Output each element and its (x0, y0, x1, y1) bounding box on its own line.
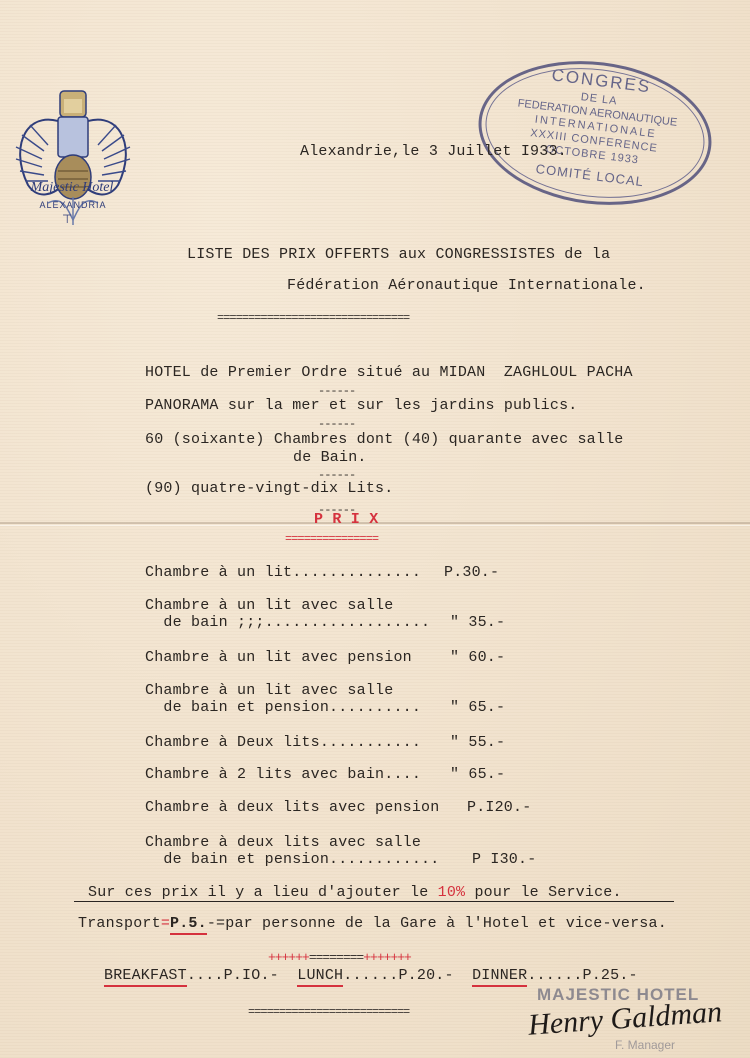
title-line-1: LISTE DES PRIX OFFERTS aux CONGRESSISTES… (187, 246, 610, 263)
title-separator: =============================== (217, 311, 409, 325)
description-separator: ------ (318, 384, 355, 398)
price-item-value: P I30.- (472, 851, 536, 868)
congress-stamp: CONGRES DE LA FEDERATION AERONAUTIQUE IN… (470, 48, 720, 217)
price-item-value: " 65.- (450, 766, 505, 783)
meals-line: BREAKFAST....P.IO.- LUNCH......P.20.- DI… (104, 967, 638, 984)
price-item-label: Chambre à un lit avec salle (145, 682, 393, 699)
price-item-value: " 55.- (450, 734, 505, 751)
service-note: Sur ces prix il y a lieu d'ajouter le 10… (74, 884, 674, 902)
description-line-cont: de Bain. (293, 449, 367, 466)
prices-heading: P R I X (314, 511, 378, 528)
hotel-city-logo: ALEXANDRIA (8, 200, 138, 210)
stamp-line: COMITÉ LOCAL (476, 154, 704, 197)
price-item-label-cont: de bain et pension............ (145, 851, 439, 868)
hotel-name-logo: Majestic Hotel (2, 180, 142, 196)
price-item-label: Chambre à un lit avec pension (145, 649, 412, 666)
transport-line: Transport=P.5.-=par personne de la Gare … (78, 915, 667, 932)
price-item-value: P.I20.- (467, 799, 531, 816)
price-item-value: " 60.- (450, 649, 505, 666)
description-line: HOTEL de Premier Ordre situé au MIDAN ZA… (145, 364, 633, 381)
breakfast-price: ....P.IO.- (187, 967, 279, 984)
bottom-separator: ========================== (248, 1005, 409, 1019)
price-item-value: P.30.- (444, 564, 499, 581)
price-item-value: " 35.- (450, 614, 505, 631)
divider-plus: ++++++ (268, 950, 309, 965)
price-item-label: Chambre à un lit.............. (145, 564, 421, 581)
pharaoh-winged-emblem-icon (8, 85, 138, 235)
stamp-line: INTERNATIONALE (482, 107, 710, 147)
lunch-price: ......P.20.- (343, 967, 453, 984)
price-item-label-cont: de bain ;;;.................. (145, 614, 430, 631)
transport-label: Transport (78, 915, 161, 932)
dinner-label: DINNER (472, 967, 527, 987)
service-note-before: Sur ces prix il y a lieu d'ajouter le (88, 884, 438, 901)
price-item-label-cont: de bain et pension.......... (145, 699, 421, 716)
transport-price: P.5. (170, 915, 207, 935)
dinner-price: ......P.25.- (527, 967, 637, 984)
stamp-line: CONGRES (487, 58, 716, 106)
description-line: 60 (soixante) Chambres dont (40) quarant… (145, 431, 623, 448)
service-percent: 10% (438, 884, 466, 901)
transport-rest: -=par personne de la Gare à l'Hotel et v… (207, 915, 667, 932)
divider-plus: +++++++ (363, 950, 411, 965)
price-item-label: Chambre à Deux lits........... (145, 734, 421, 751)
title-line-2: Fédération Aéronautique Internationale. (287, 277, 646, 294)
price-item-label: Chambre à deux lits avec salle (145, 834, 421, 851)
description-line: PANORAMA sur la mer et sur les jardins p… (145, 397, 577, 414)
price-item-value: " 65.- (450, 699, 505, 716)
divider-eq: ======== (309, 950, 363, 965)
breakfast-label: BREAKFAST (104, 967, 187, 987)
price-item-label: Chambre à 2 lits avec bain.... (145, 766, 421, 783)
logo-ornament-icon: ⊤ (62, 212, 72, 227)
lunch-label: LUNCH (297, 967, 343, 987)
service-note-after: pour le Service. (465, 884, 621, 901)
price-item-label: Chambre à un lit avec salle (145, 597, 393, 614)
transport-eq: = (161, 915, 170, 932)
description-separator: ------ (318, 417, 355, 431)
prices-heading-underline: =============== (285, 532, 378, 546)
signature-title-stamp: F. Manager (615, 1038, 675, 1052)
description-line: (90) quatre-vingt-dix Lits. (145, 480, 393, 497)
date-line: Alexandrie,le 3 Juillet I933. (300, 143, 567, 160)
stamp-line: FEDERATION AERONAUTIQUE (484, 93, 712, 133)
price-item-label: Chambre à deux lits avec pension (145, 799, 439, 816)
meals-divider: ++++++========+++++++ (268, 950, 411, 965)
